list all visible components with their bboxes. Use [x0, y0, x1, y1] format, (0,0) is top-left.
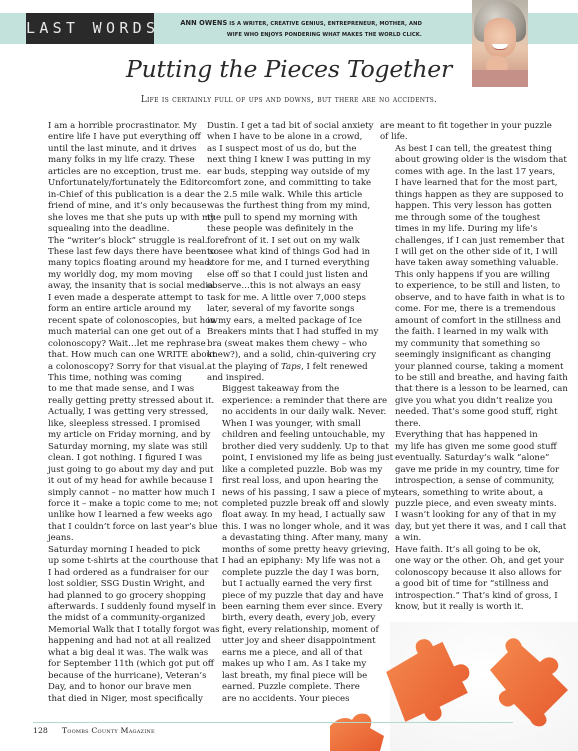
text-line: recent spate of colonoscopies, but how [33, 316, 196, 327]
paragraph: Biggest takeaway from theexperience: a r… [207, 384, 372, 418]
text-line: task for me. A little over 7,000 steps [207, 293, 372, 304]
text-line: colonoscopy? Wait…let me rephrase [33, 339, 196, 350]
text-line: to see what kind of things God had in [207, 247, 372, 258]
text-line: These last few days there have been so [33, 247, 196, 258]
text-line: Dustin. I get a tad bit of social anxiet… [207, 121, 372, 132]
text-line: day, but yet there it was, and I call th… [380, 522, 570, 533]
text-line: I even made a desperate attempt to [33, 293, 196, 304]
text-line: was the furthest thing from my mind, [207, 201, 372, 212]
text-line: Saturday morning, my slate was still [33, 442, 196, 453]
text-line: of life. [380, 132, 570, 143]
text-line: been earning them ever since. Every [207, 602, 372, 613]
paragraph: Everything that has happened inmy life h… [380, 430, 570, 545]
text-line: piece of my puzzle that day and have [207, 591, 372, 602]
text-line: I will get on the other side of it, I wi… [380, 247, 570, 258]
text-line: have taken away something valuable. [380, 258, 570, 269]
text-line: comes with age. In the last 17 years, [380, 167, 570, 178]
text-line: my worldly dog, my mom moving [33, 270, 196, 281]
text-line: Actually, I was getting very stressed, [33, 407, 196, 418]
text-line: This time, nothing was coming [33, 373, 196, 384]
text-line: to be still and breathe, and having fait… [380, 373, 570, 384]
text-line: completed puzzle break off and slowly [207, 499, 372, 510]
text-line: for September 11th (which got put off [33, 659, 196, 670]
text-line: know, but it really is worth it. [380, 602, 570, 613]
text-line: happening and had not at all realized [33, 636, 196, 647]
text-line: I had ordered as a fundraiser for our [33, 568, 196, 579]
author-bio-line-1: Ann Owens is a writer, creative genius, … [122, 18, 422, 30]
text-line: jeans. [33, 533, 196, 544]
article-column-1: I am a horrible procrastinator. Myentire… [33, 121, 196, 705]
text-line: times in my life. During my life’s [380, 224, 570, 235]
text-line: just going to go about my day and put [33, 465, 196, 476]
author-bio-line-2: wife who enjoys pondering what makes the… [122, 30, 422, 41]
text-line: one way or the other. Oh, and get your [380, 556, 570, 567]
text-line: and inspired. [207, 373, 372, 384]
author-name: Ann Owens [180, 19, 227, 27]
text-line: it out of my head for awhile because I [33, 476, 196, 487]
text-line: what a big deal it was. The walk was [33, 648, 196, 659]
text-line: a win. [380, 533, 570, 544]
page-number: 128 [33, 726, 48, 735]
text-line: about growing older is the wisdom that [380, 155, 570, 166]
text-line: months of some pretty heavy grieving, [207, 545, 372, 556]
paragraph: are meant to fit together in your puzzle… [380, 121, 570, 144]
text-line: bra (sweat makes them chewy – who [207, 339, 372, 350]
text-line: your planned course, taking a moment [380, 362, 570, 373]
text-line: observe, and to have faith in what is to [380, 293, 570, 304]
paragraph: I am a horrible procrastinator. Myentire… [33, 121, 196, 236]
text-line: colonoscopy because it also allows for [380, 568, 570, 579]
text-line: a colonoscopy? Sorry for that visual. [33, 362, 196, 373]
text-line: When I was younger, with small [207, 419, 372, 430]
text-line: come. For me, there is a tremendous [380, 304, 570, 315]
text-line: form an entire article around my [33, 304, 196, 315]
text-line: that I couldn’t force on last year’s blu… [33, 522, 196, 533]
text-line: really getting pretty stressed about it. [33, 396, 196, 407]
text-line: store for me, and I turned everything [207, 258, 372, 269]
text-line: Everything that has happened in [380, 430, 570, 441]
text-line: friend of mine, and it’s only because [33, 201, 196, 212]
text-line: at the playing of Taps, I felt renewed [207, 362, 372, 373]
paragraph: This time, nothing was comingto me that … [33, 373, 196, 545]
text-line: that there is a lesson to be learned, ca… [380, 384, 570, 395]
text-line: but I actually earned the very first [207, 579, 372, 590]
text-line: much material can one get out of a [33, 327, 196, 338]
text-line: happen. This very lesson has gotten [380, 201, 570, 212]
text-line: that. How much can one WRITE about [33, 350, 196, 361]
text-line: introspection.” That’s kind of gross, I [380, 591, 570, 602]
text-line: my article on Friday morning, and by [33, 430, 196, 441]
magazine-name: Toombs County Magazine [62, 726, 155, 735]
page-footer: 128Toombs County Magazine [33, 726, 155, 735]
text-line: tears, something to write about, a [380, 488, 570, 499]
paragraph: Have faith. It’s all going to be ok,one … [380, 545, 570, 614]
text-line: to me that made sense, and I was [33, 384, 196, 395]
text-line: I am a horrible procrastinator. My [33, 121, 196, 132]
text-line: first real loss, and upon hearing the [207, 476, 372, 487]
text-line: had planned to go grocery shopping [33, 591, 196, 602]
text-line: Have faith. It’s all going to be ok, [380, 545, 570, 556]
text-line: gave me pride in my country, time for [380, 465, 570, 476]
text-line: the 2.5 mile walk. While this article [207, 190, 372, 201]
text-line: point, I envisioned my life as being jus… [207, 453, 372, 464]
text-line: amount of comfort in the stillness and [380, 316, 570, 327]
text-line: up some t-shirts at the courthouse that [33, 556, 196, 567]
text-line: a devastating thing. After many, many [207, 533, 372, 544]
text-line: Saturday morning I headed to pick [33, 545, 196, 556]
text-line: later, several of my favorite songs [207, 304, 372, 315]
text-line: until the last minute, and it drives [33, 144, 196, 155]
text-line: The “writer’s block” struggle is real. [33, 236, 196, 247]
text-line: squealing into the deadline. [33, 224, 196, 235]
text-line: puzzle piece, and even sweaty mints. [380, 499, 570, 510]
text-line: as I suspect most of us do, but the [207, 144, 372, 155]
text-line: the midst of a community-organized [33, 613, 196, 624]
text-line: Breakers mints that I had stuffed in my [207, 327, 372, 338]
text-line: simply cannot – no matter how much I [33, 488, 196, 499]
text-line: Day, and to honor our brave men [33, 682, 196, 693]
text-line: afterwards. I suddenly found myself in [33, 602, 196, 613]
text-line: next thing I knew I was putting in my [207, 155, 372, 166]
paragraph: As best I can tell, the greatest thingab… [380, 144, 570, 430]
text-line: away, the insanity that is social media. [33, 281, 196, 292]
text-line: in my ears, a melted package of Ice [207, 316, 372, 327]
author-bio: Ann Owens is a writer, creative genius, … [122, 18, 422, 41]
text-line: complete puzzle the day I was born, [207, 568, 372, 579]
text-line: I wasn’t looking for any of that in my [380, 510, 570, 521]
text-line: many topics floating around my head: [33, 258, 196, 269]
text-line: entire life I have put everything off [33, 132, 196, 143]
text-line: to experience, to be still and listen, t… [380, 281, 570, 292]
text-line: This only happens if you are willing [380, 270, 570, 281]
text-line: give you what you didn’t realize you [380, 396, 570, 407]
text-line: else off so that I could just listen and [207, 270, 372, 281]
text-line: I had an epiphany: My life was not a [207, 556, 372, 567]
text-line: force it – make a topic come to me; not [33, 499, 196, 510]
text-line: As best I can tell, the greatest thing [380, 144, 570, 155]
text-line: when I have to be alone in a crowd, [207, 132, 372, 143]
text-line: Biggest takeaway from the [207, 384, 372, 395]
text-line: like a completed puzzle. Bob was my [207, 465, 372, 476]
text-line: the faith. I learned in my walk with [380, 327, 570, 338]
text-line: forefront of it. I set out on my walk [207, 236, 372, 247]
text-line: these people was definitely in the [207, 224, 372, 235]
text-line: news of his passing, I saw a piece of my [207, 488, 372, 499]
paragraph: The “writer’s block” struggle is real.Th… [33, 236, 196, 373]
text-line: because of the hurricane), Veteran’s [33, 671, 196, 682]
article-title: Putting the Pieces Together [0, 55, 578, 83]
text-line: things happen as they are supposed to [380, 190, 570, 201]
text-line: me through some of the toughest [380, 213, 570, 224]
text-line: seemingly insignificant as changing [380, 350, 570, 361]
text-line: a good bit of time for “stillness and [380, 579, 570, 590]
text-line: children and feeling untouchable, my [207, 430, 372, 441]
text-line: eventually. Saturday’s walk “alone” [380, 453, 570, 464]
text-line: are meant to fit together in your puzzle [380, 121, 570, 132]
text-line: ear buds, stepping way outside of my [207, 167, 372, 178]
paragraph: Dustin. I get a tad bit of social anxiet… [207, 121, 372, 384]
text-line: brother died very suddenly. Up to that [207, 442, 372, 453]
text-line: challenges, if I can just remember that [380, 236, 570, 247]
text-line: she loves me that she puts up with my [33, 213, 196, 224]
text-line: needed. That’s some good stuff, right [380, 407, 570, 418]
text-line: the pull to spend my morning with [207, 213, 372, 224]
article-column-2: Dustin. I get a tad bit of social anxiet… [207, 121, 372, 705]
text-line: no accidents in our daily walk. Never. [207, 407, 372, 418]
text-line: like, sleepless stressed. I promised [33, 419, 196, 430]
puzzle-pieces-image [330, 622, 578, 751]
text-line: in-Chief of this publication is a dear [33, 190, 196, 201]
text-line: clean. I got nothing. I figured I was [33, 453, 196, 464]
text-line: articles are no exception, trust me. [33, 167, 196, 178]
text-line: experience: a reminder that there are [207, 396, 372, 407]
text-line: lost soldier, SSG Dustin Wright, and [33, 579, 196, 590]
paragraph: Saturday morning I headed to pickup some… [33, 545, 196, 705]
article-column-3: are meant to fit together in your puzzle… [380, 121, 570, 613]
text-line: many folks in my life crazy. These [33, 155, 196, 166]
text-line: comfort zone, and committing to take [207, 178, 372, 189]
article-subtitle: Life is certainly full of ups and downs,… [0, 95, 578, 105]
text-line: knew?), and a solid, chin-quivering cry [207, 350, 372, 361]
text-line: my community that something so [380, 339, 570, 350]
text-line: this. I was no longer whole, and it was [207, 522, 372, 533]
text-line: observe…this is not always an easy [207, 281, 372, 292]
footer-rule [33, 722, 513, 723]
text-line: float away. In my head, I actually saw [207, 510, 372, 521]
text-line: that died in Niger, most specifically [33, 694, 196, 705]
text-line: my life has given me some good stuff [380, 442, 570, 453]
text-line: unlike how I learned a few weeks ago [33, 510, 196, 521]
text-line: Unfortunately/fortunately the Editor- [33, 178, 196, 189]
text-line: I have learned that for the most part, [380, 178, 570, 189]
text-line: introspection, a sense of community, [380, 476, 570, 487]
text-line: there. [380, 419, 570, 430]
text-line: Memorial Walk that I totally forgot was [33, 625, 196, 636]
